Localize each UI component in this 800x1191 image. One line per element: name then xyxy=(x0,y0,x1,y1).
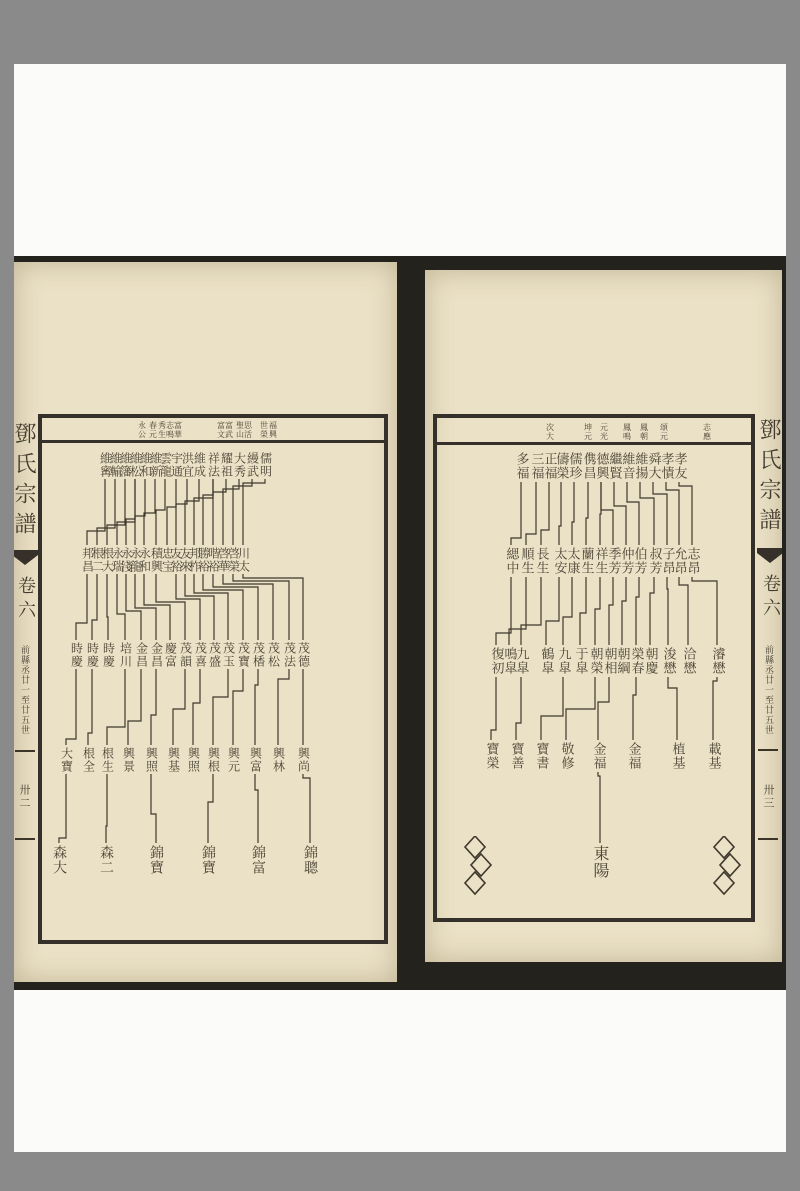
ancestor-name: 秀生 xyxy=(158,421,167,439)
ancestor-name: 世榮 xyxy=(260,421,269,439)
ancestor-name: 根生 xyxy=(101,747,114,773)
ancestor-name: 大秀 xyxy=(233,452,246,478)
spine-divider xyxy=(15,750,35,752)
ancestor-name: 朝慶 xyxy=(643,647,658,675)
ancestor-name: 維音 xyxy=(620,452,635,480)
header-separator-line xyxy=(42,440,384,443)
ancestor-name: 鳳朝 xyxy=(640,423,649,441)
spine-note: 前縣丞廿一至廿五世 xyxy=(19,645,29,735)
ancestor-name: 錦聰 xyxy=(302,845,318,875)
ancestor-name: 多福 xyxy=(514,452,529,480)
viewer-border-left xyxy=(0,0,14,1191)
viewer-border-bottom xyxy=(0,1152,800,1191)
ancestor-name: 植基 xyxy=(670,742,685,770)
ancestor-name: 志應 xyxy=(703,423,712,441)
ancestor-name: 興根 xyxy=(207,747,220,773)
ancestor-name: 鶴皐 xyxy=(539,647,554,675)
ancestor-name: 祥法 xyxy=(207,452,220,478)
ancestor-name: 坤元 xyxy=(584,423,593,441)
ancestor-name: 九皐 xyxy=(556,647,571,675)
ancestor-name: 永公 xyxy=(138,421,147,439)
spine-divider xyxy=(758,838,778,840)
ancestor-name: 寶善 xyxy=(509,742,524,770)
ancestor-name: 慶富 xyxy=(164,642,177,668)
ancestor-name: 榮春 xyxy=(629,647,644,675)
ancestor-name: 德興 xyxy=(594,452,609,480)
ancestor-name: 元光 xyxy=(600,423,609,441)
ancestor-name: 思活 xyxy=(244,421,253,439)
ancestor-name: 志鳴 xyxy=(166,421,175,439)
ancestor-name: 茂德 xyxy=(297,642,310,668)
ancestor-name: 興景 xyxy=(122,747,135,773)
ancestor-name: 富武 xyxy=(225,421,234,439)
ancestor-name: 錦富 xyxy=(250,845,266,875)
ancestor-name: 順生 xyxy=(519,547,534,575)
ancestor-name: 茂韻 xyxy=(179,642,192,668)
ancestor-name: 金福 xyxy=(626,742,641,770)
book-photo-background: 鄧氏宗譜 卷六 前縣丞廿一至廿五世 卅二 福興世榮思活聖山富武富文富華志鳴秀生春… xyxy=(14,256,786,990)
volume-label: 卷六 xyxy=(759,574,781,622)
ancestor-name: 浚懋 xyxy=(661,647,676,675)
ancestor-name: 邦昌 xyxy=(81,547,94,573)
spine-divider xyxy=(15,838,35,840)
ancestor-name: 次大 xyxy=(546,423,555,441)
ancestor-name: 聖山 xyxy=(236,421,245,439)
ancestor-name: 時慶 xyxy=(86,642,99,668)
ancestor-name: 頌元 xyxy=(660,423,669,441)
ancestor-name: 朝綱 xyxy=(615,647,630,675)
ancestor-name: 培川 xyxy=(119,642,132,668)
header-separator-line xyxy=(437,442,751,445)
ancestor-name: 載基 xyxy=(706,742,721,770)
ancestor-name: 興尚 xyxy=(297,747,310,773)
ancestor-name: 季芳 xyxy=(606,547,621,575)
ancestor-name: 維寗 xyxy=(99,452,112,478)
ancestor-name: 緦中 xyxy=(504,547,519,575)
book-title: 鄧氏宗譜 xyxy=(14,422,36,542)
ancestor-name: 富文 xyxy=(217,421,226,439)
ancestor-name: 太康 xyxy=(565,547,580,575)
ancestor-name: 時慶 xyxy=(70,642,83,668)
ancestor-name: 繼賢 xyxy=(607,452,622,480)
ancestor-name: 時慶 xyxy=(102,642,115,668)
ancestor-name: 金昌 xyxy=(150,642,163,668)
spine-note: 前縣丞廿一至廿五世 xyxy=(763,645,773,735)
viewer-border-right xyxy=(786,0,800,1191)
ancestor-name: 春元 xyxy=(149,421,158,439)
ancestor-name: 長生 xyxy=(534,547,549,575)
book-title: 鄧氏宗譜 xyxy=(755,418,781,538)
ancestor-name: 叔芳 xyxy=(647,547,662,575)
page-number: 卅二 xyxy=(18,784,30,810)
fishtail-mark-icon xyxy=(757,548,782,564)
ancestor-name: 茂楿 xyxy=(252,642,265,668)
ancestor-name: 寶榮 xyxy=(484,742,499,770)
ancestor-name: 孝友 xyxy=(672,452,687,480)
right-page: 鄧氏宗譜 卷六 前縣丞廿一至廿五世 卅三 志應頌元鳳朝鳳鳴元光坤元次大孝友孝㥽舜… xyxy=(425,270,782,962)
ancestor-name: 興照 xyxy=(145,747,158,773)
ancestor-name: 興林 xyxy=(272,747,285,773)
ancestor-name: 朝相 xyxy=(602,647,617,675)
ancestor-name: 濬懋 xyxy=(710,647,725,675)
ancestor-name: 子昂 xyxy=(660,547,675,575)
ancestor-name: 茂法 xyxy=(283,642,296,668)
ancestor-name: 根全 xyxy=(82,747,95,773)
ancestor-name: 祥生 xyxy=(593,547,608,575)
ancestor-name: 朝榮 xyxy=(588,647,603,675)
ancestor-name: 茂喜 xyxy=(194,642,207,668)
ancestor-name: 儒明 xyxy=(259,452,272,478)
ancestor-name: 敬修 xyxy=(559,742,574,770)
ancestor-name: 伯芳 xyxy=(632,547,647,575)
ancestor-name: 仲芳 xyxy=(619,547,634,575)
ancestor-name: 森大 xyxy=(51,845,67,875)
ancestor-name: 洽懋 xyxy=(681,647,696,675)
ancestor-name: 錦寶 xyxy=(148,845,164,875)
fishtail-mark-icon xyxy=(14,550,38,566)
ancestor-name: 興照 xyxy=(187,747,200,773)
ancestor-name: 儒珍 xyxy=(567,452,582,480)
ancestor-name: 蘭生 xyxy=(579,547,594,575)
ancestor-name: 福興 xyxy=(269,421,278,439)
viewer-border-top xyxy=(0,0,800,64)
ancestor-name: 寶書 xyxy=(534,742,549,770)
ancestor-name: 正福 xyxy=(542,452,557,480)
ancestor-name: 興元 xyxy=(227,747,240,773)
ancestor-name: 維揚 xyxy=(633,452,648,480)
ancestor-name: 富華 xyxy=(174,421,183,439)
diamond-chain-ornament-icon xyxy=(710,836,744,898)
ancestor-name: 鳴皐 xyxy=(502,647,517,675)
ancestor-name: 茂松 xyxy=(267,642,280,668)
volume-label: 卷六 xyxy=(14,576,36,624)
ancestor-name: 舜大 xyxy=(646,452,661,480)
ancestor-name: 耀祖 xyxy=(220,452,233,478)
ancestor-name: 東陽 xyxy=(591,845,609,879)
ancestor-name: 金昌 xyxy=(135,642,148,668)
ancestor-name: 志昂 xyxy=(685,547,700,575)
ancestor-name: 縵武 xyxy=(246,452,259,478)
ancestor-name: 三福 xyxy=(529,452,544,480)
ancestor-name: 金福 xyxy=(591,742,606,770)
spine-divider xyxy=(758,749,778,751)
ancestor-name: 㑺昌 xyxy=(581,452,596,480)
ancestor-name: 大寶 xyxy=(60,747,73,773)
ancestor-name: 孝㥽 xyxy=(659,452,674,480)
ancestor-name: 興基 xyxy=(167,747,180,773)
ancestor-name: 茂寶 xyxy=(237,642,250,668)
ancestor-name: 復初 xyxy=(489,647,504,675)
ancestor-name: 茂盛 xyxy=(208,642,221,668)
ancestor-name: 森二 xyxy=(98,845,114,875)
ancestor-name: 興富 xyxy=(249,747,262,773)
ancestor-name: 茂玉 xyxy=(222,642,235,668)
left-page: 鄧氏宗譜 卷六 前縣丞廿一至廿五世 卅二 福興世榮思活聖山富武富文富華志鳴秀生春… xyxy=(14,262,397,982)
diamond-chain-ornament-icon xyxy=(461,836,495,898)
ancestor-name: 鳳鳴 xyxy=(623,423,632,441)
ancestor-name: 錦寶 xyxy=(200,845,216,875)
page-number: 卅三 xyxy=(762,784,774,810)
ancestor-name: 太安 xyxy=(552,547,567,575)
ancestor-name: 于皐 xyxy=(573,647,588,675)
